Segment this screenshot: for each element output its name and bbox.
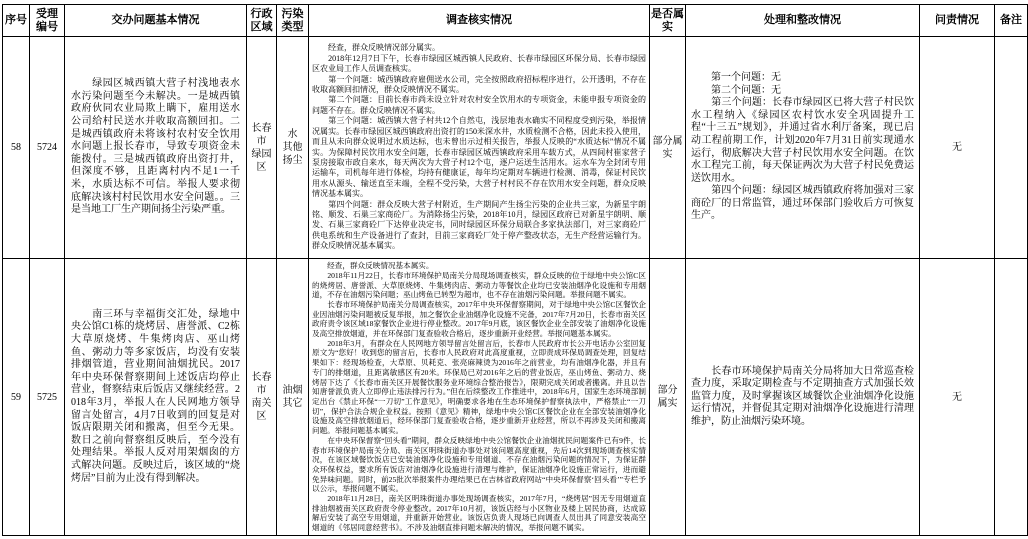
pollution-type-cell: 油烟 其它 [277, 259, 309, 536]
col-header-remark: 备注 [995, 5, 1028, 37]
remark-cell [995, 259, 1028, 536]
problem-cell: 绿园区城西镇大营子村浅地表水水污染问题至今未解决。一是城西镇政府伙同农业局欺上瞒… [65, 37, 247, 259]
region-cell: 长春市 绿园区 [247, 37, 277, 259]
case-no-cell: 5724 [30, 37, 65, 259]
report-sheet: 序号 受理编号 交办问题基本情况 行政区域 污染类型 调查核实情况 是否属实 处… [0, 0, 1028, 536]
investigation-cell: 经查，群众反映情况部分属实。 2018年12月7日下午，长春市绿园区城西镇人民政… [309, 37, 650, 259]
col-header-investigation: 调查核实情况 [309, 5, 650, 37]
header-row: 序号 受理编号 交办问题基本情况 行政区域 污染类型 调查核实情况 是否属实 处… [3, 5, 1028, 37]
col-header-case-no: 受理编号 [30, 5, 65, 37]
seq-cell: 58 [3, 37, 30, 259]
remark-cell [995, 37, 1028, 259]
col-header-region: 行政区域 [247, 5, 277, 37]
table-row-59: 59 5725 南三环与幸福街交汇处，绿地中央公馆C1栋的烧烤居、唐誉派、C2栋… [3, 259, 1028, 536]
region-cell: 长春市 南关区 [247, 259, 277, 536]
problem-cell: 南三环与幸福街交汇处，绿地中央公馆C1栋的烧烤居、唐誉派、C2栋大草原烧烤、牛集… [65, 259, 247, 536]
pollution-type-cell: 水 其他 扬尘 [277, 37, 309, 259]
col-header-verified: 是否属实 [650, 5, 686, 37]
col-header-problem: 交办问题基本情况 [65, 5, 247, 37]
accountability-cell: 无 [920, 259, 995, 536]
rectification-cell: 第一个问题：无 第二个问题：无 第三个问题：长春市绿园区已将大营子村民饮水工程纳… [686, 37, 920, 259]
verified-cell: 部分 属实 [650, 259, 686, 536]
investigation-cell: 经查，群众反映情况基本属实。 2018年11月22日，长春市环境保护局南关分局现… [309, 259, 650, 536]
seq-cell: 59 [3, 259, 30, 536]
inspection-report-table: 序号 受理编号 交办问题基本情况 行政区域 污染类型 调查核实情况 是否属实 处… [2, 4, 1028, 536]
col-header-rectification: 处理和整改情况 [686, 5, 920, 37]
col-header-accountability: 问责情况 [920, 5, 995, 37]
table-row-58: 58 5724 绿园区城西镇大营子村浅地表水水污染问题至今未解决。一是城西镇政府… [3, 37, 1028, 259]
accountability-cell: 无 [920, 37, 995, 259]
col-header-pollution-type: 污染类型 [277, 5, 309, 37]
case-no-cell: 5725 [30, 259, 65, 536]
rectification-cell: 长春市环境保护局南关分局将加大日常巡查检查力度，采取定期检查与不定期抽查方式加强… [686, 259, 920, 536]
col-header-seq: 序号 [3, 5, 30, 37]
verified-cell: 部分属实 [650, 37, 686, 259]
